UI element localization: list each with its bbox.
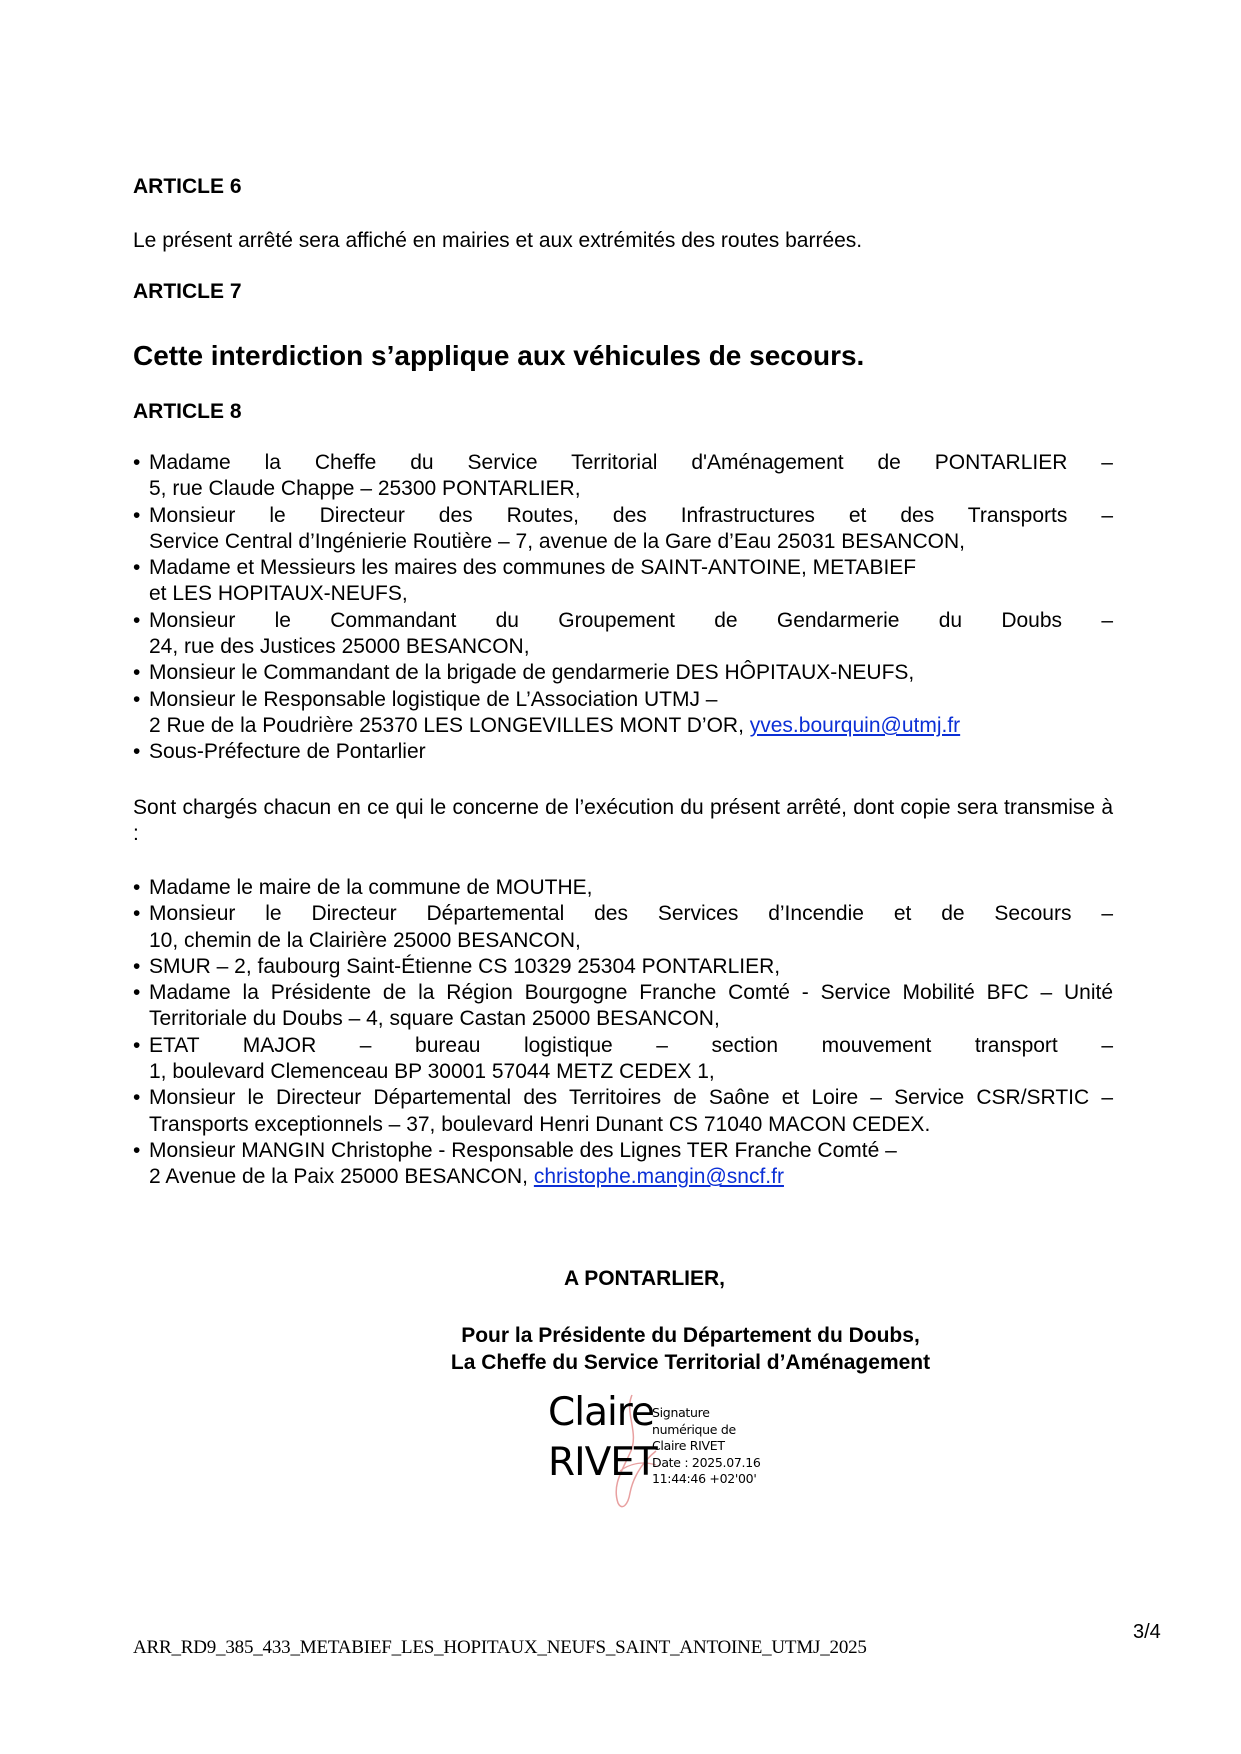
copies-list: •Madame le maire de la commune de MOUTHE…	[133, 875, 1113, 1191]
list-item-line: Sous-Préfecture de Pontarlier	[149, 740, 426, 763]
bullet-icon: •	[133, 954, 140, 980]
bullet-icon: •	[133, 1138, 140, 1164]
list-item-line: Territoriale du Doubs – 4, square Castan…	[149, 1007, 720, 1030]
list-item: •SMUR – 2, faubourg Saint-Étienne CS 103…	[133, 954, 1113, 980]
article-6-text: Le présent arrêté sera affiché en mairie…	[133, 228, 862, 254]
list-item: •Monsieur le Commandant de la brigade de…	[133, 660, 1113, 686]
bullet-icon: •	[133, 1033, 140, 1059]
list-item: •Monsieur le Directeur Départemental des…	[133, 901, 1113, 954]
list-item-line: Transports exceptionnels – 37, boulevard…	[149, 1113, 930, 1136]
document-reference: ARR_RD9_385_433_METABIEF_LES_HOPITAUX_NE…	[133, 1637, 867, 1659]
list-item-line: Monsieur le Commandant de la brigade de …	[149, 661, 914, 684]
article-7-text: Cette interdiction s’applique aux véhicu…	[133, 340, 864, 372]
list-item-line: 2 Rue de la Poudrière 25370 LES LONGEVIL…	[149, 714, 750, 737]
list-item-line: Monsieur le Directeur Départemental des …	[149, 1085, 1113, 1111]
article-8-heading: ARTICLE 8	[133, 400, 242, 424]
list-item-line: SMUR – 2, faubourg Saint-Étienne CS 1032…	[149, 955, 780, 978]
bullet-icon: •	[133, 739, 140, 765]
list-item-line: Monsieur le Directeur des Routes, des In…	[149, 503, 1113, 529]
bullet-icon: •	[133, 660, 140, 686]
signature-info: Signature numérique de Claire RIVET Date…	[652, 1405, 761, 1488]
signature-info-line: Claire RIVET	[652, 1438, 761, 1455]
list-item-line: Madame et Messieurs les maires des commu…	[149, 556, 916, 579]
list-item: •Madame la Cheffe du Service Territorial…	[133, 450, 1113, 503]
list-item-line: 24, rue des Justices 25000 BESANCON,	[149, 635, 530, 658]
bullet-icon: •	[133, 1085, 140, 1111]
signature-first-name: Claire	[548, 1393, 654, 1433]
list-item-line: 5, rue Claude Chappe – 25300 PONTARLIER,	[149, 477, 581, 500]
bullet-icon: •	[133, 608, 140, 634]
list-item: •Monsieur le Directeur Départemental des…	[133, 1085, 1113, 1138]
list-item: •Monsieur le Commandant du Groupement de…	[133, 608, 1113, 661]
bullet-icon: •	[133, 503, 140, 529]
signature-info-line: numérique de	[652, 1422, 761, 1439]
list-item-line: Madame la Cheffe du Service Territorial …	[149, 450, 1113, 476]
bullet-icon: •	[133, 687, 140, 713]
list-item-line: Monsieur MANGIN Christophe - Responsable…	[149, 1139, 897, 1162]
list-item-line: Monsieur le Directeur Départemental des …	[149, 901, 1113, 927]
list-item: •Monsieur le Directeur des Routes, des I…	[133, 503, 1113, 556]
email-link[interactable]: yves.bourquin@utmj.fr	[750, 714, 960, 737]
list-item-line: Service Central d’Ingénierie Routière – …	[149, 530, 965, 553]
list-item: •Monsieur MANGIN Christophe - Responsabl…	[133, 1138, 1113, 1191]
list-item: •ETAT MAJOR – bureau logistique – sectio…	[133, 1033, 1113, 1086]
email-link[interactable]: christophe.mangin@sncf.fr	[534, 1165, 784, 1188]
article-6-heading: ARTICLE 6	[133, 175, 242, 199]
signature-info-line: Signature	[652, 1405, 761, 1422]
closing-for-line: Pour la Présidente du Département du Dou…	[0, 1322, 1241, 1349]
closing-place: A PONTARLIER,	[0, 1265, 1241, 1292]
closing-title-line: La Cheffe du Service Territorial d’Aména…	[0, 1349, 1241, 1376]
digital-signature: Claire RIVET Signature numérique de Clai…	[548, 1393, 768, 1503]
bullet-icon: •	[133, 901, 140, 927]
list-item: •Sous-Préfecture de Pontarlier	[133, 739, 1113, 765]
list-item-line: 10, chemin de la Clairière 25000 BESANCO…	[149, 929, 581, 952]
list-item: •Madame et Messieurs les maires des comm…	[133, 555, 1113, 608]
page-number: 3/4	[1133, 1621, 1161, 1644]
list-item-line: 2 Avenue de la Paix 25000 BESANCON,	[149, 1165, 534, 1188]
bullet-icon: •	[133, 980, 140, 1006]
list-item-line: Monsieur le Commandant du Groupement de …	[149, 608, 1113, 634]
list-item: •Monsieur le Responsable logistique de L…	[133, 687, 1113, 740]
list-item-line: Madame la Présidente de la Région Bourgo…	[149, 980, 1113, 1006]
list-item-line: ETAT MAJOR – bureau logistique – section…	[149, 1033, 1113, 1059]
list-item-line: 1, boulevard Clemenceau BP 30001 57044 M…	[149, 1060, 715, 1083]
signature-info-line: 11:44:46 +02'00'	[652, 1471, 761, 1488]
bullet-icon: •	[133, 555, 140, 581]
list-item-line: et LES HOPITAUX-NEUFS,	[149, 582, 408, 605]
article-7-heading: ARTICLE 7	[133, 280, 242, 304]
list-item: •Madame la Présidente de la Région Bourg…	[133, 980, 1113, 1033]
signature-info-line: Date : 2025.07.16	[652, 1455, 761, 1472]
bullet-icon: •	[133, 875, 140, 901]
bullet-icon: •	[133, 450, 140, 476]
recipients-list: •Madame la Cheffe du Service Territorial…	[133, 450, 1113, 766]
signature-last-name: RIVET	[548, 1443, 657, 1483]
list-item-line: Monsieur le Responsable logistique de L’…	[149, 688, 717, 711]
list-item: •Madame le maire de la commune de MOUTHE…	[133, 875, 1113, 901]
charged-text: Sont chargés chacun en ce qui le concern…	[133, 795, 1113, 847]
list-item-line: Madame le maire de la commune de MOUTHE,	[149, 876, 593, 899]
